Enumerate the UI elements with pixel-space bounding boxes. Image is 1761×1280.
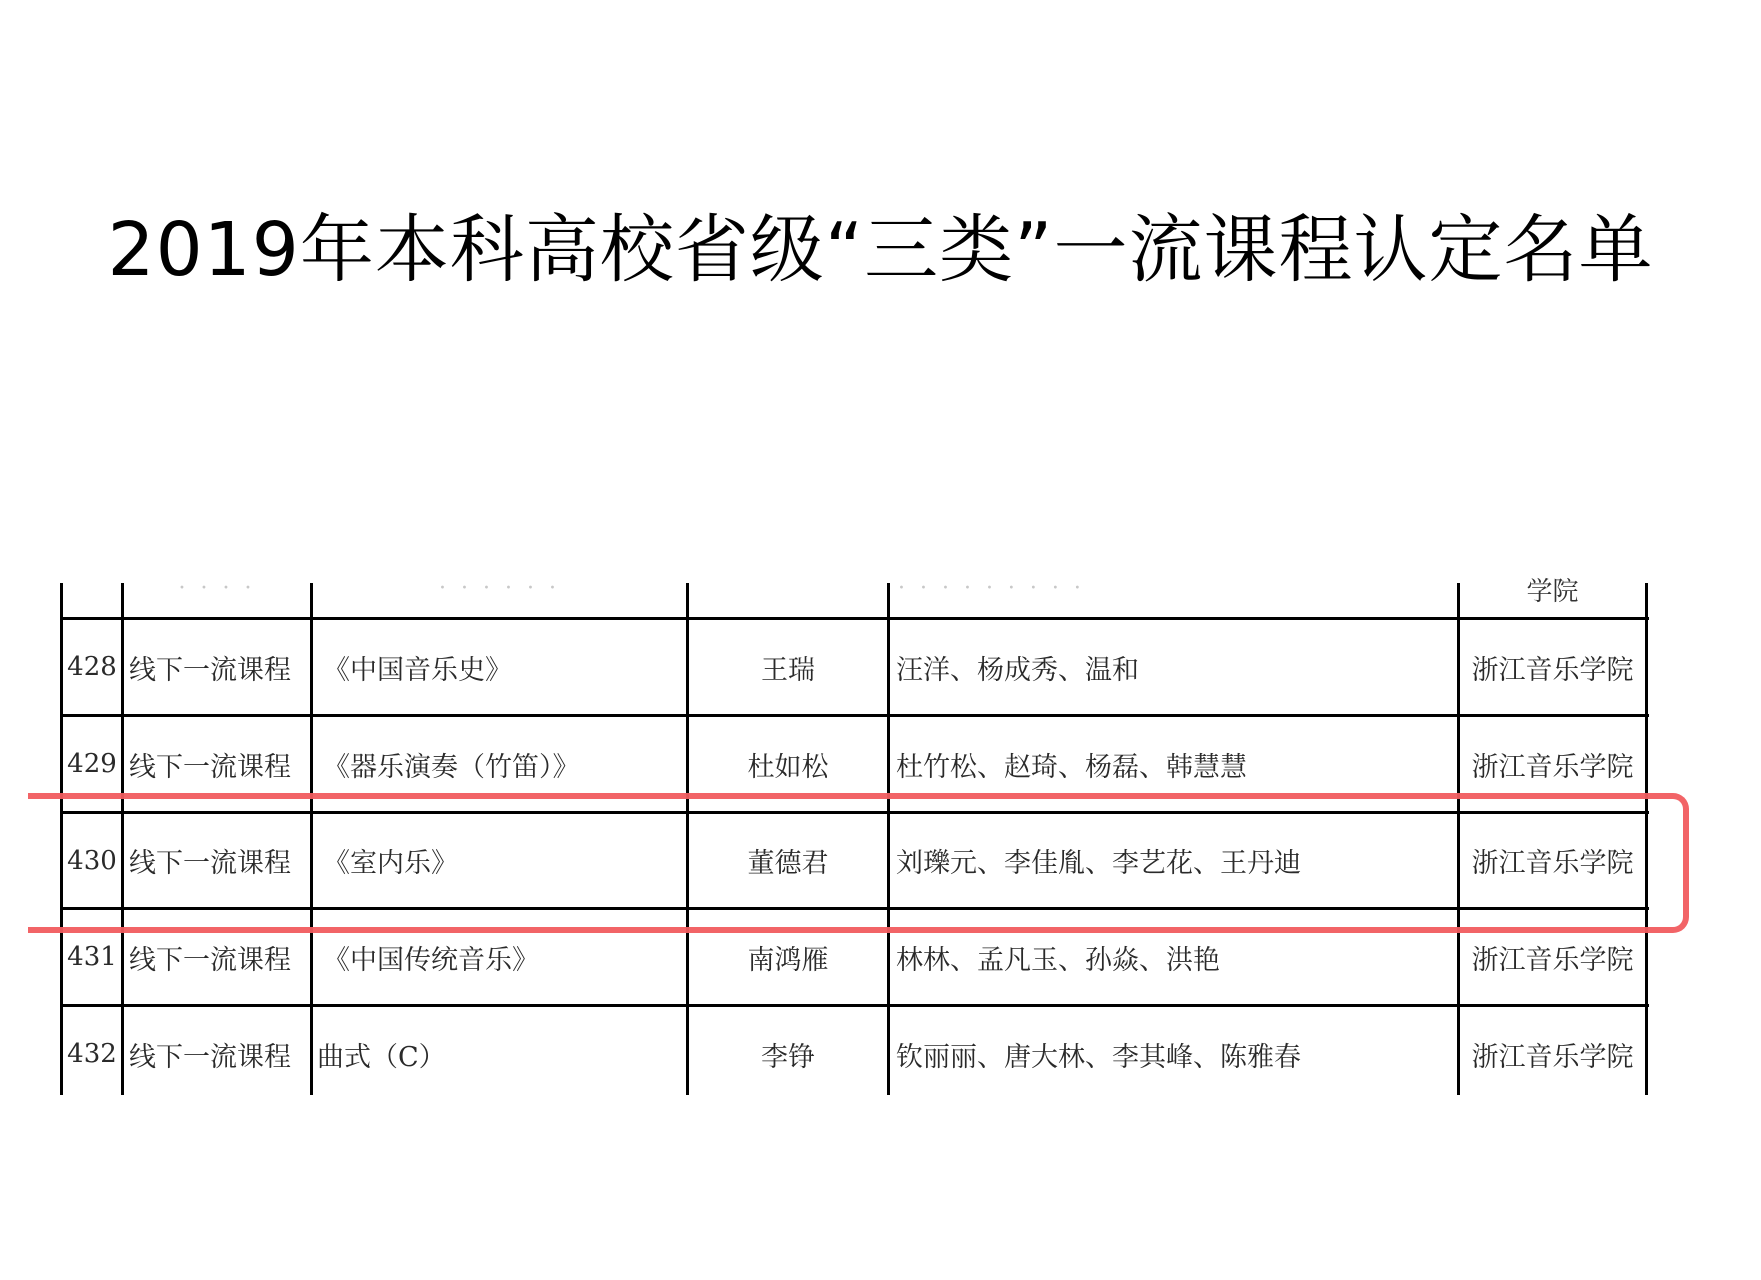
- course-lead: 王瑞: [689, 620, 887, 714]
- cut-off-text: · · · · · · · · ·: [898, 578, 1085, 598]
- cut-off-institution: 学院: [1460, 575, 1645, 615]
- course-name: 《室内乐》: [313, 814, 686, 907]
- team-members: 杜竹松、赵琦、杨磊、韩慧慧: [890, 717, 1457, 811]
- cut-off-text: · · · ·: [179, 578, 256, 598]
- course-category: 线下一流课程: [124, 717, 310, 811]
- cut-off-members: · · · · · · · · ·: [890, 578, 1457, 598]
- cut-off-text: · · · · · ·: [439, 578, 560, 598]
- cut-off-course: · · · · · ·: [313, 578, 686, 598]
- team-members: 汪洋、杨成秀、温和: [890, 620, 1457, 714]
- course-lead: 李铮: [689, 1007, 887, 1101]
- course-lead: 杜如松: [689, 717, 887, 811]
- institution: 浙江音乐学院: [1460, 717, 1645, 811]
- table-border-right: [1645, 583, 1648, 1095]
- course-name: 曲式（C）: [313, 1007, 686, 1101]
- course-lead: 董德君: [689, 814, 887, 907]
- course-category: 线下一流课程: [124, 1007, 310, 1101]
- course-table: · · · · · · · · · · · · · · · · · · · 学院…: [0, 0, 1761, 1280]
- team-members: 钦丽丽、唐大林、李其峰、陈雅春: [890, 1007, 1457, 1101]
- row-index: 430: [63, 814, 121, 907]
- course-category: 线下一流课程: [124, 620, 310, 714]
- course-name: 《器乐演奏（竹笛）》: [313, 717, 686, 811]
- course-category: 线下一流课程: [124, 910, 310, 1004]
- row-index: 431: [63, 910, 121, 1004]
- course-name: 《中国音乐史》: [313, 620, 686, 714]
- institution: 浙江音乐学院: [1460, 1007, 1645, 1101]
- row-index: 428: [63, 620, 121, 714]
- institution: 浙江音乐学院: [1460, 910, 1645, 1004]
- institution: 浙江音乐学院: [1460, 620, 1645, 714]
- course-category: 线下一流课程: [124, 814, 310, 907]
- row-index: 429: [63, 717, 121, 811]
- course-lead: 南鸿雁: [689, 910, 887, 1004]
- course-name: 《中国传统音乐》: [313, 910, 686, 1004]
- row-index: 432: [63, 1007, 121, 1101]
- team-members: 林林、孟凡玉、孙焱、洪艳: [890, 910, 1457, 1004]
- team-members: 刘瓅元、李佳胤、李艺花、王丹迪: [890, 814, 1457, 907]
- institution: 浙江音乐学院: [1460, 814, 1645, 907]
- cut-off-category: · · · ·: [124, 578, 310, 598]
